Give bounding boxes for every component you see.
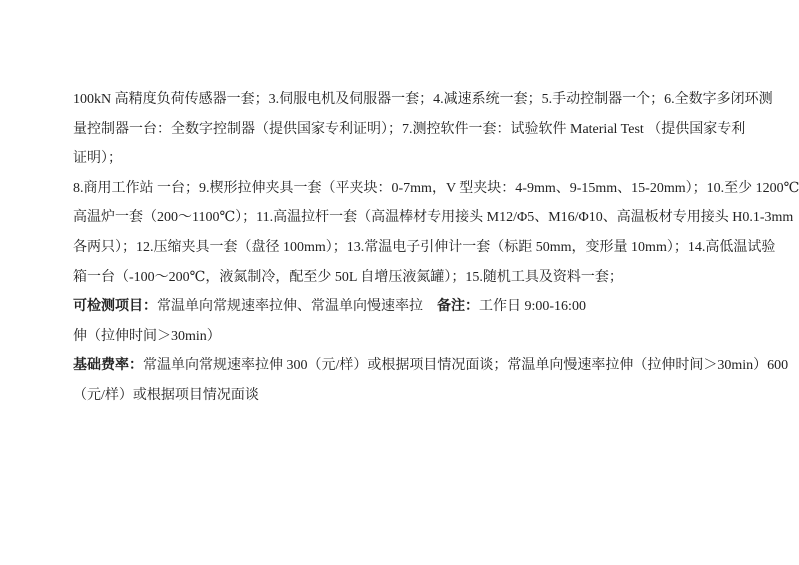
equipment-list-text: 高温炉一套（200～1100℃）；11.高温拉杆一套（高温棒材专用接头 M12/… [73,210,793,225]
base-rate-label: 基础费率： [73,358,143,373]
equipment-list-line-4: 8.商用工作站 一台；9.楔形拉伸夹具一套（平夹块：0-7mm，V 型夹块：4-… [73,174,753,204]
document-body: 100kN 高精度负荷传感器一套；3.伺服电机及伺服器一套；4.减速系统一套；5… [73,85,753,411]
base-rate-continuation-line: （元/样）或根据项目情况面谈 [73,381,753,411]
equipment-list-line-5: 高温炉一套（200～1100℃）；11.高温拉杆一套（高温棒材专用接头 M12/… [73,203,753,233]
equipment-list-text: 各两只）；12.压缩夹具一套（盘径 100mm）；13.常温电子引伸计一套（标距… [73,240,775,255]
base-rate-text: 常温单向常规速率拉伸 300（元/样）或根据项目情况面谈；常温单向慢速率拉伸（拉… [143,358,788,373]
testable-items-line: 可检测项目：常温单向常规速率拉伸、常温单向慢速率拉备注：工作日 9:00-16:… [73,292,753,322]
equipment-list-continued-line-2: 量控制器一台：全数字控制器（提供国家专利证明）；7.测控软件一套：试验软件 Ma… [73,115,753,145]
equipment-list-continued-line-3: 证明）； [73,144,753,174]
equipment-list-line-6: 各两只）；12.压缩夹具一套（盘径 100mm）；13.常温电子引伸计一套（标距… [73,233,753,263]
base-rate-line: 基础费率：常温单向常规速率拉伸 300（元/样）或根据项目情况面谈；常温单向慢速… [73,351,753,381]
equipment-list-text: 100kN 高精度负荷传感器一套；3.伺服电机及伺服器一套；4.减速系统一套；5… [73,92,773,107]
equipment-list-continued-line-1: 100kN 高精度负荷传感器一套；3.伺服电机及伺服器一套；4.减速系统一套；5… [73,85,753,115]
note-text: 工作日 9:00-16:00 [479,299,586,314]
equipment-list-line-7: 箱一台（-100～200℃，液氮制冷，配至少 50L 自增压液氮罐）；15.随机… [73,263,753,293]
testable-items-text: 伸（拉伸时间＞30min） [73,329,221,344]
testable-items-text: 常温单向常规速率拉伸、常温单向慢速率拉 [157,299,423,314]
equipment-list-text: 8.商用工作站 一台；9.楔形拉伸夹具一套（平夹块：0-7mm，V 型夹块：4-… [73,181,799,196]
document-page: 100kN 高精度负荷传感器一套；3.伺服电机及伺服器一套；4.减速系统一套；5… [0,0,799,565]
equipment-list-text: 箱一台（-100～200℃，液氮制冷，配至少 50L 自增压液氮罐）；15.随机… [73,270,623,285]
note-label: 备注： [437,299,479,314]
equipment-list-text: 证明）； [73,151,122,166]
base-rate-text: （元/样）或根据项目情况面谈 [73,388,259,403]
equipment-list-text: 量控制器一台：全数字控制器（提供国家专利证明）；7.测控软件一套：试验软件 Ma… [73,122,745,137]
testable-items-continuation-line: 伸（拉伸时间＞30min） [73,322,753,352]
testable-items-label: 可检测项目： [73,299,157,314]
